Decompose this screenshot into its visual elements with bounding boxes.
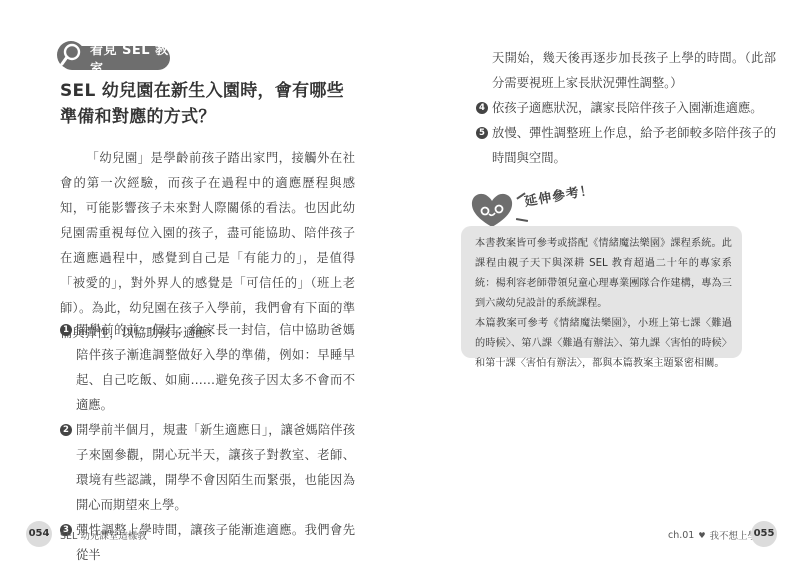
intro-paragraph: 「幼兒園」是學齡前孩子踏出家門，接觸外在社會的第一次經驗，而孩子在過程中的適應歷… bbox=[60, 146, 355, 346]
list-item-text: 開學前的前一個月，給家長一封信，信中協助爸媽陪伴孩子漸進調整做好入學的準備，例如… bbox=[76, 323, 355, 412]
section-label-pill: 看見 SEL 教室 bbox=[60, 46, 170, 70]
page-number-left: 054 bbox=[26, 521, 52, 547]
chapter-title: 我不想上學 bbox=[710, 528, 758, 542]
list-item: 4 依孩子適應狀況，讓家長陪伴孩子入園漸進適應。 bbox=[476, 96, 776, 121]
page-number-right: 055 bbox=[751, 521, 777, 547]
intro-text: 「幼兒園」是學齡前孩子踏出家門，接觸外在社會的第一次經驗，而孩子在過程中的適應歷… bbox=[60, 151, 355, 340]
continued-list: 天開始，幾天後再逐步加長孩子上學的時間。（此部分需要視班上家長狀況彈性調整。） … bbox=[476, 46, 776, 171]
number-badge: 1 bbox=[60, 324, 72, 336]
list-item-text: 依孩子適應狀況，讓家長陪伴孩子入園漸進適應。 bbox=[492, 101, 763, 115]
list-item: 1 開學前的前一個月，給家長一封信，信中協助爸媽陪伴孩子漸進調整做好入學的準備，… bbox=[60, 318, 355, 418]
chapter-number: ch.01 bbox=[668, 530, 694, 541]
number-badge: 4 bbox=[476, 102, 488, 114]
magnifier-icon bbox=[56, 40, 86, 70]
reference-box: 本書教案皆可參考或搭配《情緒魔法樂園》課程系統。此課程由親子天下與深耕 SEL … bbox=[461, 226, 742, 358]
reference-paragraph: 本書教案皆可參考或搭配《情緒魔法樂園》課程系統。此課程由親子天下與深耕 SEL … bbox=[475, 234, 732, 314]
chapter-footer: ch.01 ♥ 我不想上學 bbox=[668, 528, 757, 542]
number-badge: 2 bbox=[60, 424, 72, 436]
left-page: 看見 SEL 教室 SEL 幼兒園在新生入園時，會有哪些準備和對應的方式？ 「幼… bbox=[0, 0, 400, 567]
list-item-text: 放慢、彈性調整班上作息，給予老師較多陪伴孩子的時間與空間。 bbox=[492, 126, 776, 165]
continued-text: 天開始，幾天後再逐步加長孩子上學的時間。（此部分需要視班上家長狀況彈性調整。） bbox=[476, 46, 776, 96]
reference-paragraph: 本篇教案可參考《情緒魔法樂園》，小班上第七課〈難過的時候〉、第八課〈難過有辦法〉… bbox=[475, 314, 732, 374]
list-item: 2 開學前半個月，規畫「新生適應日」，讓爸媽陪伴孩子來園參觀，開心玩半天，讓孩子… bbox=[60, 418, 355, 518]
list-item-text: 開學前半個月，規畫「新生適應日」，讓爸媽陪伴孩子來園參觀，開心玩半天，讓孩子對教… bbox=[76, 423, 355, 512]
continued-text-body: 天開始，幾天後再逐步加長孩子上學的時間。（此部分需要視班上家長狀況彈性調整。） bbox=[492, 51, 776, 90]
book-title-footer: SEL 幼兒課堂這樣教 bbox=[60, 528, 147, 542]
list-item: 5 放慢、彈性調整班上作息，給予老師較多陪伴孩子的時間與空間。 bbox=[476, 121, 776, 171]
decor-line bbox=[516, 218, 528, 222]
number-badge: 5 bbox=[476, 127, 488, 139]
heart-face-icon bbox=[470, 191, 514, 229]
page-title: SEL 幼兒園在新生入園時，會有哪些準備和對應的方式？ bbox=[60, 78, 360, 130]
heart-icon: ♥ bbox=[698, 531, 705, 540]
section-label: 看見 SEL 教室 bbox=[90, 39, 170, 77]
list-item: 3 彈性調整上學時間，讓孩子能漸進適應。我們會先從半 bbox=[60, 518, 355, 567]
